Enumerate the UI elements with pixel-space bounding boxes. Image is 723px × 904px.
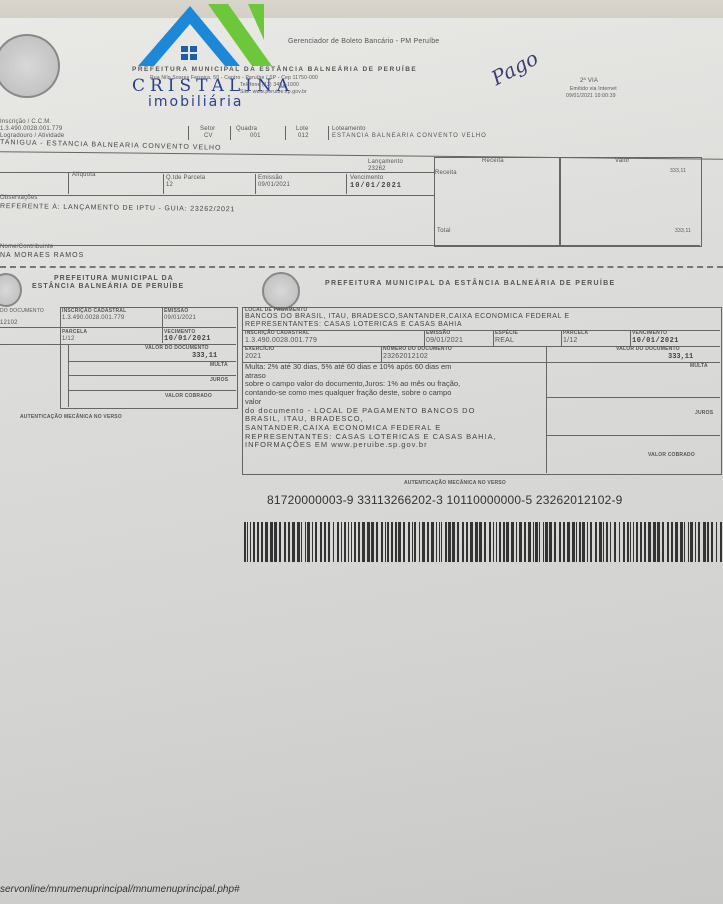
setor-label: Setor — [200, 126, 215, 132]
slip-numero-doc-value: 23262012102 — [383, 353, 428, 360]
inscricao-value: 1.3.490.0028.001.779 — [0, 126, 62, 132]
stub-multa-label: MULTA — [210, 362, 228, 368]
emitted-at: 09/01/2021 10:00:39 — [566, 93, 616, 99]
stub-emissao-label: EMISSÃO — [164, 308, 188, 314]
total-value: 333,11 — [675, 228, 691, 234]
site-line: Site: www.peruibe.sp.gov.br — [240, 89, 307, 95]
total-label: Total — [437, 228, 451, 234]
qtde-parcela-value: 12 — [166, 182, 173, 188]
loteamento-value: ESTANCIA BALNEARIA CONVENTO VELHO — [332, 133, 487, 139]
cut-line — [0, 266, 723, 268]
loteamento-label: Loteamento — [332, 126, 366, 132]
phone-line: Telefone (13) 3451-1000 — [240, 82, 299, 88]
stub-title-line2: ESTÂNCIA BALNEÁRIA DE PERUÍBE — [32, 283, 184, 290]
slip-numero-doc-label: NÚMERO DO DOCUMENTO — [383, 346, 452, 352]
slip-valor-cobrado-label: VALOR COBRADO — [648, 452, 695, 458]
stub-autenticacao: AUTENTICAÇÃO MECÂNICA NO VERSO — [20, 414, 122, 420]
slip-inscricao-value: 1.3.490.0028.001.779 — [245, 337, 317, 344]
qtde-parcela-label: Q.tde Parcela — [166, 175, 205, 181]
stub-valor-doc-value: 333,11 — [192, 352, 217, 360]
system-title: Gerenciador de Boleto Bancário - PM Peru… — [288, 38, 439, 45]
stub-vencimento-value: 10/01/2021 — [164, 335, 211, 343]
vencimento-value: 10/01/2021 — [350, 182, 402, 190]
valor-value: 333,11 — [670, 168, 686, 174]
slip-multa-label: MULTA — [690, 363, 708, 369]
receita-label: Receita — [435, 170, 465, 176]
slip-inscricao-label: INSCRIÇÃO CADASTRAL — [245, 330, 309, 336]
footer-url: servonline/mnumenuprincipal/mnumenuprinc… — [0, 884, 240, 895]
vencimento-label: Vencimento — [350, 175, 383, 181]
slip-valor-doc-value: 333,11 — [668, 353, 693, 361]
emitted-by: Emitido via Internet — [570, 86, 617, 92]
quadra-label: Quadra — [236, 126, 257, 132]
cristalina-logo: CRISTALINA imobiliária — [130, 2, 280, 112]
stub-parcela-label: PARCELA — [62, 329, 87, 335]
slip-vencimento-value: 10/01/2021 — [632, 337, 679, 345]
slip-local-value-line2: REPRESENTANTES: CASAS LOTERICAS E CASAS … — [245, 321, 462, 328]
slip-emissao-value: 09/01/2021 — [426, 337, 463, 344]
emissao-value: 09/01/2021 — [258, 182, 290, 188]
lote-label: Lote — [296, 126, 308, 132]
slip-local-value-line1: BANCOS DO BRASIL, ITAU, BRADESCO,SANTAND… — [245, 313, 570, 320]
slip-autenticacao: AUTENTICAÇÃO MECÂNICA NO VERSO — [404, 480, 506, 486]
observacoes-label: Observações — [0, 195, 38, 201]
aliquota-label: Alíquota — [72, 172, 96, 178]
stub-juros-label: JUROS — [210, 377, 228, 383]
quadra-value: 001 — [250, 133, 261, 139]
atividade-label: Logradouro / Atividade — [0, 133, 64, 139]
contribuinte-value: NA MORAES RAMOS — [0, 252, 84, 259]
lancamento-label: Lançamento — [368, 159, 403, 165]
stub-valor-cobrado-label: VALOR COBRADO — [165, 393, 212, 399]
setor-value: CV — [204, 133, 213, 139]
linha-digitavel: 81720000003-9 33113266202-3 10110000000-… — [267, 493, 623, 507]
emissao-label: Emissão — [258, 175, 282, 181]
valor-label: Valor — [615, 158, 630, 164]
stub-title-line1: PREFEITURA MUNICIPAL DA — [54, 275, 174, 282]
slip-juros-label: JUROS — [695, 410, 713, 416]
via-label: 2ª VIA — [580, 78, 598, 84]
house-roof-icon — [130, 2, 280, 72]
inscricao-label: Inscrição / C.C.M. — [0, 119, 51, 125]
stub-emissao-value: 09/01/2021 — [164, 315, 196, 321]
slip-exercicio-label: EXERCÍCIO — [245, 346, 274, 352]
stub-inscricao-value: 1.3.490.0028.001.779 — [62, 315, 124, 321]
stub-valor-doc-label: VALOR DO DOCUMENTO — [145, 345, 209, 351]
instruction-line: INFORMAÇÕES EM www.peruibe.sp.gov.br — [245, 441, 545, 450]
slip-emissao-label: EMISSÃO — [426, 330, 450, 336]
receita-header: Receita — [482, 158, 504, 164]
instruction-line: contando-se como mes qualquer fração des… — [245, 389, 545, 398]
lote-value: 012 — [298, 133, 309, 139]
slip-exercicio-value: 2021 — [245, 353, 261, 360]
contribuinte-label: Nome/Contribuinte — [0, 244, 53, 250]
slip-instructions: Multa: 2% até 30 dias, 5% até 60 dias e … — [245, 363, 545, 450]
slip-crest-icon — [262, 272, 300, 310]
slip-title: PREFEITURA MUNICIPAL DA ESTÂNCIA BALNEÁR… — [325, 280, 615, 287]
brand-sub: imobiliária — [148, 94, 243, 110]
slip-valor-doc-label: VALOR DO DOCUMENTO — [616, 346, 680, 352]
stub-documento-label: DO DOCUMENTO — [0, 308, 44, 314]
stub-parcela-value: 1/12 — [62, 336, 74, 342]
prefeitura-title: PREFEITURA MUNICIPAL DA ESTÂNCIA BALNEÁR… — [132, 66, 417, 73]
slip-parcela-label: PARCELA — [563, 330, 588, 336]
stub-documento-value: 12102 — [0, 320, 18, 326]
slip-parcela-value: 1/12 — [563, 337, 577, 344]
stub-inscricao-label: INSCRIÇÃO CADASTRAL — [62, 308, 126, 314]
slip-especie-label: ESPÉCIE — [495, 330, 518, 336]
slip-vencimento-label: VENCIMENTO — [632, 330, 667, 336]
slip-especie-value: REAL — [495, 337, 514, 344]
address-line: Rua Nilo Soares Ferreira, 50 - Centro - … — [150, 75, 318, 81]
instruction-line: Multa: 2% até 30 dias, 5% até 60 dias e … — [245, 363, 545, 372]
barcode — [244, 522, 723, 562]
